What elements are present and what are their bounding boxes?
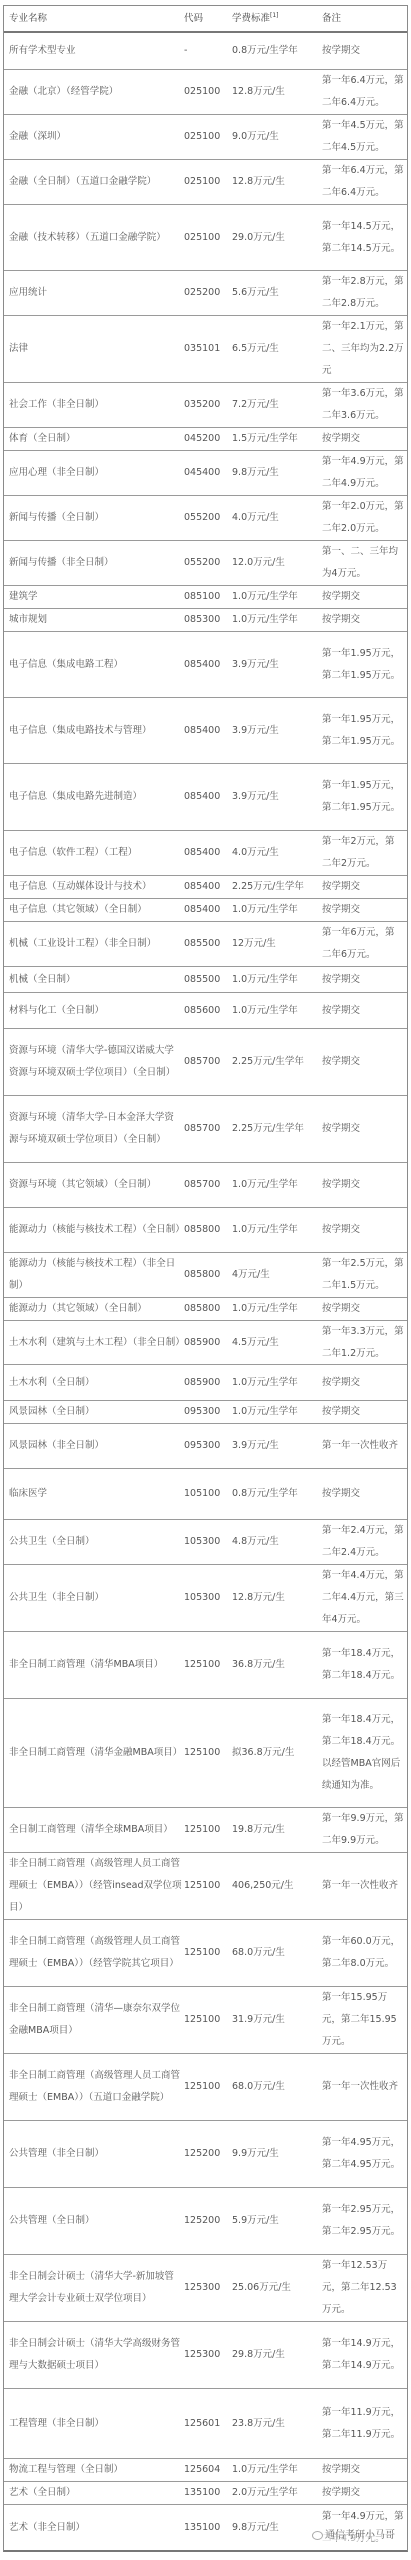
cell-name: 非全日制工商管理（清华—康奈尔双学位金融MBA项目） <box>4 1998 182 2042</box>
cell-code: 105100 <box>182 1483 227 1505</box>
table-row: 土木水利（建筑与土木工程）（非全日制）0859004.5万元/生第一年3.3万元… <box>4 1321 407 1365</box>
cell-fee: 23.8万元/生 <box>227 2413 319 2435</box>
cell-note: 按学期交 <box>319 1401 407 1423</box>
cell-note: 第一年11.9万元，第二年11.9万元。 <box>319 2402 407 2446</box>
cell-note: 第一年9.9万元，第二年9.9万元。 <box>319 1808 407 1852</box>
table-row: 电子信息（集成电路先进制造）0854003.9万元/生第一年1.95万元，第二年… <box>4 764 407 831</box>
cell-code: 055200 <box>182 507 227 529</box>
cell-note: 按学期交 <box>319 2459 407 2481</box>
cell-code: 055200 <box>182 552 227 574</box>
cell-fee: 1.0万元/生学年 <box>227 1401 319 1423</box>
cell-name: 法律 <box>4 338 182 360</box>
tuition-table: 专业名称 代码 学费标准[1] 备注 所有学术型专业-0.8万元/生学年按学期交… <box>3 5 408 2552</box>
cell-name: 非全日制工商管理（清华金融MBA项目） <box>4 1742 182 1764</box>
table-row: 能源动力（核能与核技术工程）（非全日制）0858004万元/生第一年2.5万元，… <box>4 1253 407 1298</box>
cell-name: 土木水利（全日制） <box>4 1372 182 1394</box>
cell-code: 085800 <box>182 1219 227 1241</box>
cell-note: 按学期交 <box>319 586 407 608</box>
header-fee-label: 学费标准 <box>232 13 270 24</box>
cell-name: 体育（全日制） <box>4 428 182 450</box>
table-row: 资源与环境（清华大学-日本金泽大学资源与环境双硕士学位项目）（全日制）08570… <box>4 1096 407 1163</box>
cell-fee: 9.0万元/生 <box>227 126 319 148</box>
table-row: 机械（工业设计工程）（非全日制）08550012万元/生第一年6万元，第二年6万… <box>4 922 407 967</box>
cell-name: 公共管理（全日制） <box>4 2210 182 2232</box>
cell-note: 第一年一次性收齐 <box>319 2076 407 2098</box>
table-row: 非全日制工商管理（清华金融MBA项目）125100拟36.8万元/生第一年18.… <box>4 1699 407 1808</box>
cell-code: 085400 <box>182 876 227 898</box>
cell-note: 第一年18.4万元，第二年18.4万元。以经管MBA官网后续通知为准。 <box>319 1709 407 1797</box>
cell-name: 电子信息（互动媒体设计与技术） <box>4 876 182 898</box>
cell-fee: 4.0万元/生 <box>227 842 319 864</box>
cell-fee: 2.0万元/生学年 <box>227 2482 319 2504</box>
watermark: 通信考研小马哥 <box>310 2526 397 2541</box>
cell-name: 土木水利（建筑与土木工程）（非全日制） <box>4 1332 182 1354</box>
cell-name: 非全日制会计硕士（清华大学-新加坡管理大学会计专业硕士双学位项目） <box>4 2266 182 2310</box>
cell-fee: 25.06万元/生 <box>227 2277 319 2299</box>
table-row: 艺术（全日制）1351002.0万元/生学年按学期交 <box>4 2482 407 2505</box>
cell-name: 机械（工业设计工程）（非全日制） <box>4 933 182 955</box>
cell-fee: 1.0万元/生学年 <box>227 586 319 608</box>
table-row: 新闻与传播（全日制）0552004.0万元/生第一年2.0万元，第二年2.0万元… <box>4 496 407 541</box>
cell-code: 125300 <box>182 2277 227 2299</box>
cell-note: 按学期交 <box>319 1219 407 1241</box>
table-row: 全日制工商管理（清华全球MBA项目）12510019.8万元/生第一年9.9万元… <box>4 1808 407 1853</box>
cell-name: 电子信息（集成电路技术与管理） <box>4 720 182 742</box>
table-row: 电子信息（其它领域）（全日制）0854001.0万元/生学年按学期交 <box>4 899 407 922</box>
cell-code: 085900 <box>182 1332 227 1354</box>
cell-fee: 1.0万元/生学年 <box>227 609 319 631</box>
cell-fee: 12万元/生 <box>227 933 319 955</box>
cell-fee: 2.25万元/生学年 <box>227 1051 319 1073</box>
cell-note: 第一年6万元，第二年6万元。 <box>319 922 407 966</box>
cell-code: 085400 <box>182 654 227 676</box>
table-row: 风景园林（全日制）0953001.0万元/生学年按学期交 <box>4 1401 407 1424</box>
cell-name: 资源与环境（清华大学-德国汉诺威大学资源与环境双硕士学位项目）（全日制） <box>4 1040 182 1084</box>
cell-fee: 2.25万元/生学年 <box>227 876 319 898</box>
cell-code: 125601 <box>182 2413 227 2435</box>
cell-note: 按学期交 <box>319 428 407 450</box>
cell-code: 125100 <box>182 2009 227 2031</box>
cell-code: 025100 <box>182 126 227 148</box>
table-row: 非全日制工商管理（清华MBA项目）12510036.8万元/生第一年18.4万元… <box>4 1632 407 1699</box>
cell-note: 按学期交 <box>319 899 407 921</box>
cell-code: 135100 <box>182 2482 227 2504</box>
cell-code: 125100 <box>182 1742 227 1764</box>
cell-code: 125200 <box>182 2210 227 2232</box>
table-body: 所有学术型专业-0.8万元/生学年按学期交金融（北京）（经管学院）0251001… <box>4 33 407 2550</box>
cell-code: 085700 <box>182 1118 227 1140</box>
cell-fee: 9.8万元/生 <box>227 462 319 484</box>
cell-fee: 9.8万元/生 <box>227 2517 319 2539</box>
cell-code: 125100 <box>182 1819 227 1841</box>
cell-fee: 12.8万元/生 <box>227 1587 319 1609</box>
header-name: 专业名称 <box>4 8 182 30</box>
cell-note: 按学期交 <box>319 1051 407 1073</box>
cell-fee: 3.9万元/生 <box>227 1435 319 1457</box>
cell-code: 025200 <box>182 282 227 304</box>
table-row: 工程管理（非全日制）12560123.8万元/生第一年11.9万元，第二年11.… <box>4 2389 407 2459</box>
table-row: 所有学术型专业-0.8万元/生学年按学期交 <box>4 33 407 70</box>
cell-name: 非全日制工商管理（高级管理人员工商管理硕士（EMBA））（经管insead双学位… <box>4 1853 182 1919</box>
cell-code: 085400 <box>182 842 227 864</box>
table-row: 资源与环境（其它领域）（全日制）0857001.0万元/生学年按学期交 <box>4 1163 407 1208</box>
cell-fee: 5.9万元/生 <box>227 2210 319 2232</box>
table-row: 机械（全日制）0855001.0万元/生学年按学期交 <box>4 967 407 993</box>
cell-name: 金融（全日制）（五道口金融学院） <box>4 171 182 193</box>
cell-note: 第一年15.95万元，第二年15.95万元。 <box>319 1987 407 2053</box>
cell-fee: 拟36.8万元/生 <box>227 1742 319 1764</box>
cell-code: 085300 <box>182 609 227 631</box>
cell-note: 第一年2.95万元，第二年2.95万元。 <box>319 2199 407 2243</box>
cell-code: 045400 <box>182 462 227 484</box>
table-row: 材料与化工（全日制）0856001.0万元/生学年按学期交 <box>4 993 407 1029</box>
cell-note: 第一年一次性收齐 <box>319 1875 407 1897</box>
table-row: 公共管理（全日制）1252005.9万元/生第一年2.95万元，第二年2.95万… <box>4 2188 407 2255</box>
cell-name: 风景园林（全日制） <box>4 1401 182 1423</box>
cell-fee: 3.9万元/生 <box>227 720 319 742</box>
cell-note: 第一年2万元，第二年2万元。 <box>319 831 407 875</box>
cell-code: 125100 <box>182 1654 227 1676</box>
table-row: 资源与环境（清华大学-德国汉诺威大学资源与环境双硕士学位项目）（全日制）0857… <box>4 1029 407 1096</box>
footnote-ref-link[interactable]: [1] <box>270 11 279 18</box>
table-row: 公共卫生（全日制）1053004.8万元/生第一年2.4万元，第二年2.4万元。 <box>4 1520 407 1565</box>
cell-fee: 1.0万元/生学年 <box>227 1174 319 1196</box>
cell-name: 非全日制工商管理（高级管理人员工商管理硕士（EMBA））（五道口金融学院） <box>4 2065 182 2109</box>
table-row: 能源动力（其它领域）（全日制）0858001.0万元/生学年按学期交 <box>4 1298 407 1321</box>
cell-fee: 12.0万元/生 <box>227 552 319 574</box>
table-row: 法律0351016.5万元/生第一年2.1万元，第二、三年均为2.2万元 <box>4 316 407 383</box>
cell-code: 035101 <box>182 338 227 360</box>
cell-fee: 406,250元/生 <box>227 1875 319 1897</box>
table-row: 电子信息（集成电路技术与管理）0854003.9万元/生第一年1.95万元，第二… <box>4 698 407 764</box>
cell-fee: 1.0万元/生学年 <box>227 1298 319 1320</box>
table-row: 能源动力（核能与核技术工程）（全日制）0858001.0万元/生学年按学期交 <box>4 1208 407 1253</box>
cell-fee: 29.8万元/生 <box>227 2344 319 2366</box>
cell-code: 105300 <box>182 1531 227 1553</box>
table-row: 非全日制工商管理（高级管理人员工商管理硕士（EMBA））（经管学院其它项目）12… <box>4 1920 407 1987</box>
cell-fee: 6.5万元/生 <box>227 338 319 360</box>
table-row: 电子信息（集成电路工程）0854003.9万元/生第一年1.95万元，第二年1.… <box>4 632 407 698</box>
cell-name: 城市规划 <box>4 609 182 631</box>
table-row: 城市规划0853001.0万元/生学年按学期交 <box>4 609 407 632</box>
cell-code: 125300 <box>182 2344 227 2366</box>
cell-note: 第一年2.4万元，第二年2.4万元。 <box>319 1520 407 1564</box>
cell-code: 025100 <box>182 171 227 193</box>
table-row: 社会工作（非全日制）0352007.2万元/生第一年3.6万元，第二年3.6万元… <box>4 383 407 428</box>
cell-fee: 0.8万元/生学年 <box>227 40 319 62</box>
cell-fee: 5.6万元/生 <box>227 282 319 304</box>
header-code: 代码 <box>182 8 227 30</box>
cell-fee: 7.2万元/生 <box>227 394 319 416</box>
cell-note: 第一年2.8万元，第二年2.8万元。 <box>319 271 407 315</box>
cell-name: 能源动力（核能与核技术工程）（非全日制） <box>4 1253 182 1297</box>
cell-fee: 31.9万元/生 <box>227 2009 319 2031</box>
table-row: 金融（全日制）（五道口金融学院）02510012.8万元/生第一年6.4万元，第… <box>4 160 407 205</box>
cell-fee: 1.0万元/生学年 <box>227 1372 319 1394</box>
cell-note: 第一、二、三年均为4万元。 <box>319 541 407 585</box>
cell-fee: 19.8万元/生 <box>227 1819 319 1841</box>
cell-fee: 1.0万元/生学年 <box>227 1219 319 1241</box>
cell-code: 135100 <box>182 2517 227 2539</box>
cell-code: 085800 <box>182 1264 227 1286</box>
table-header: 专业名称 代码 学费标准[1] 备注 <box>4 6 407 33</box>
table-row: 金融（北京）（经管学院）02510012.8万元/生第一年6.4万元，第二年6.… <box>4 70 407 115</box>
cell-code: 025100 <box>182 227 227 249</box>
cell-code: 125100 <box>182 1942 227 1964</box>
table-row: 公共管理（非全日制）1252009.9万元/生第一年4.95万元，第二年4.95… <box>4 2121 407 2188</box>
header-fee: 学费标准[1] <box>227 8 319 30</box>
wechat-icon <box>312 2531 323 2540</box>
cell-note: 第一年1.95万元，第二年1.95万元。 <box>319 775 407 819</box>
cell-code: 085400 <box>182 720 227 742</box>
cell-name: 公共管理（非全日制） <box>4 2143 182 2165</box>
cell-code: 085500 <box>182 969 227 991</box>
table-row: 非全日制工商管理（高级管理人员工商管理硕士（EMBA））（五道口金融学院）125… <box>4 2054 407 2121</box>
cell-code: - <box>182 40 227 62</box>
cell-code: 035200 <box>182 394 227 416</box>
cell-name: 所有学术型专业 <box>4 40 182 62</box>
cell-fee: 12.8万元/生 <box>227 171 319 193</box>
cell-name: 电子信息（其它领域）（全日制） <box>4 899 182 921</box>
cell-note: 第一年3.3万元，第二年1.2万元。 <box>319 1321 407 1365</box>
cell-note: 第一年6.4万元，第二年6.4万元。 <box>319 70 407 114</box>
table-row: 非全日制工商管理（高级管理人员工商管理硕士（EMBA））（经管insead双学位… <box>4 1853 407 1920</box>
cell-fee: 1.0万元/生学年 <box>227 2459 319 2481</box>
cell-fee: 1.0万元/生学年 <box>227 969 319 991</box>
cell-name: 资源与环境（其它领域）（全日制） <box>4 1174 182 1196</box>
table-row: 应用统计0252005.6万元/生第一年2.8万元，第二年2.8万元。 <box>4 271 407 316</box>
cell-name: 新闻与传播（非全日制） <box>4 552 182 574</box>
cell-code: 085900 <box>182 1372 227 1394</box>
cell-code: 085800 <box>182 1298 227 1320</box>
cell-name: 应用统计 <box>4 282 182 304</box>
cell-code: 125604 <box>182 2459 227 2481</box>
table-row: 临床医学1051000.8万元/生学年按学期交 <box>4 1469 407 1520</box>
cell-note: 第一年14.5万元，第二年14.5万元。 <box>319 216 407 260</box>
cell-name: 金融（技术转移）（五道口金融学院） <box>4 227 182 249</box>
cell-note: 第一年一次性收齐 <box>319 1435 407 1457</box>
cell-code: 125200 <box>182 2143 227 2165</box>
cell-name: 临床医学 <box>4 1483 182 1505</box>
cell-name: 公共卫生（全日制） <box>4 1531 182 1553</box>
cell-note: 按学期交 <box>319 609 407 631</box>
cell-name: 新闻与传播（全日制） <box>4 507 182 529</box>
cell-note: 第一年2.1万元，第二、三年均为2.2万元 <box>319 316 407 382</box>
cell-name: 艺术（非全日制） <box>4 2517 182 2539</box>
table-row: 土木水利（全日制）0859001.0万元/生学年按学期交 <box>4 1365 407 1401</box>
table-row: 电子信息（软件工程）（工程）0854004.0万元/生第一年2万元，第二年2万元… <box>4 831 407 876</box>
cell-fee: 2.25万元/生学年 <box>227 1118 319 1140</box>
cell-name: 电子信息（集成电路先进制造） <box>4 786 182 808</box>
cell-code: 085400 <box>182 786 227 808</box>
cell-name: 风景园林（非全日制） <box>4 1435 182 1457</box>
cell-note: 按学期交 <box>319 1298 407 1320</box>
cell-fee: 3.9万元/生 <box>227 786 319 808</box>
cell-note: 按学期交 <box>319 1174 407 1196</box>
cell-name: 机械（全日制） <box>4 969 182 991</box>
cell-note: 第一年2.0万元，第二年2.0万元。 <box>319 496 407 540</box>
cell-note: 第一年1.95万元，第二年1.95万元。 <box>319 709 407 753</box>
table-row: 金融（技术转移）（五道口金融学院）02510029.0万元/生第一年14.5万元… <box>4 205 407 271</box>
cell-fee: 3.9万元/生 <box>227 654 319 676</box>
cell-fee: 4.5万元/生 <box>227 1332 319 1354</box>
table-row: 建筑学0851001.0万元/生学年按学期交 <box>4 586 407 609</box>
cell-fee: 1.0万元/生学年 <box>227 899 319 921</box>
table-row: 体育（全日制）0452001.5万元/生学年按学期交 <box>4 428 407 451</box>
cell-note: 第一年4.9万元，第二年4.9万元。 <box>319 451 407 495</box>
cell-note: 第一年18.4万元，第二年18.4万元。 <box>319 1643 407 1687</box>
cell-code: 105300 <box>182 1587 227 1609</box>
cell-note: 按学期交 <box>319 40 407 62</box>
cell-code: 045200 <box>182 428 227 450</box>
cell-fee: 0.8万元/生学年 <box>227 1483 319 1505</box>
cell-name: 非全日制工商管理（清华MBA项目） <box>4 1654 182 1676</box>
table-row: 非全日制会计硕士（清华大学-新加坡管理大学会计专业硕士双学位项目）1253002… <box>4 2255 407 2322</box>
cell-code: 085500 <box>182 933 227 955</box>
watermark-text: 通信考研小马哥 <box>325 2530 395 2541</box>
cell-name: 非全日制会计硕士（清华大学高级财务管理与大数据硕士项目） <box>4 2333 182 2377</box>
cell-code: 085700 <box>182 1051 227 1073</box>
table-row: 公共卫生（非全日制）10530012.8万元/生第一年4.4万元，第二年4.4万… <box>4 1565 407 1632</box>
cell-code: 085100 <box>182 586 227 608</box>
cell-note: 第一年60.0万元，第二年8.0万元。 <box>319 1931 407 1975</box>
cell-fee: 29.0万元/生 <box>227 227 319 249</box>
cell-name: 物流工程与管理（全日制） <box>4 2459 182 2481</box>
cell-fee: 68.0万元/生 <box>227 2076 319 2098</box>
cell-name: 社会工作（非全日制） <box>4 394 182 416</box>
cell-name: 金融（北京）（经管学院） <box>4 81 182 103</box>
cell-name: 资源与环境（清华大学-日本金泽大学资源与环境双硕士学位项目）（全日制） <box>4 1107 182 1151</box>
cell-note: 按学期交 <box>319 1118 407 1140</box>
cell-name: 艺术（全日制） <box>4 2482 182 2504</box>
header-note: 备注 <box>319 8 407 30</box>
cell-code: 125100 <box>182 1875 227 1897</box>
cell-code: 095300 <box>182 1401 227 1423</box>
cell-name: 金融（深圳） <box>4 126 182 148</box>
cell-name: 电子信息（集成电路工程） <box>4 654 182 676</box>
cell-note: 第一年3.6万元，第二年3.6万元。 <box>319 383 407 427</box>
table-row: 电子信息（互动媒体设计与技术）0854002.25万元/生学年按学期交 <box>4 876 407 899</box>
cell-name: 材料与化工（全日制） <box>4 1000 182 1022</box>
cell-fee: 9.9万元/生 <box>227 2143 319 2165</box>
cell-name: 能源动力（其它领域）（全日制） <box>4 1298 182 1320</box>
cell-name: 应用心理（非全日制） <box>4 462 182 484</box>
cell-name: 工程管理（非全日制） <box>4 2413 182 2435</box>
cell-name: 电子信息（软件工程）（工程） <box>4 842 182 864</box>
cell-note: 第一年12.53万元，第二年12.53万元。 <box>319 2255 407 2321</box>
cell-note: 第一年1.95万元，第二年1.95万元。 <box>319 643 407 687</box>
cell-fee: 1.0万元/生学年 <box>227 1000 319 1022</box>
table-row: 非全日制工商管理（清华—康奈尔双学位金融MBA项目）12510031.9万元/生… <box>4 1987 407 2054</box>
cell-code: 095300 <box>182 1435 227 1457</box>
table-row: 应用心理（非全日制）0454009.8万元/生第一年4.9万元，第二年4.9万元… <box>4 451 407 496</box>
cell-name: 全日制工商管理（清华全球MBA项目） <box>4 1819 182 1841</box>
cell-fee: 36.8万元/生 <box>227 1654 319 1676</box>
cell-name: 能源动力（核能与核技术工程）（全日制） <box>4 1219 182 1241</box>
cell-note: 第一年2.5万元，第二年1.5万元。 <box>319 1253 407 1297</box>
cell-code: 085400 <box>182 899 227 921</box>
cell-note: 第一年4.5万元，第二年4.5万元。 <box>319 115 407 159</box>
cell-code: 025100 <box>182 81 227 103</box>
table-row: 新闻与传播（非全日制）05520012.0万元/生第一、二、三年均为4万元。 <box>4 541 407 586</box>
cell-note: 第一年6.4万元，第二年6.4万元。 <box>319 160 407 204</box>
table-row: 非全日制会计硕士（清华大学高级财务管理与大数据硕士项目）12530029.8万元… <box>4 2322 407 2389</box>
table-row: 风景园林（非全日制）0953003.9万元/生第一年一次性收齐 <box>4 1424 407 1469</box>
cell-note: 按学期交 <box>319 1000 407 1022</box>
cell-fee: 68.0万元/生 <box>227 1942 319 1964</box>
table-row: 物流工程与管理（全日制）1256041.0万元/生学年按学期交 <box>4 2459 407 2482</box>
cell-note: 按学期交 <box>319 1372 407 1394</box>
cell-note: 按学期交 <box>319 2482 407 2504</box>
cell-code: 085700 <box>182 1174 227 1196</box>
cell-note: 按学期交 <box>319 1483 407 1505</box>
cell-name: 公共卫生（非全日制） <box>4 1587 182 1609</box>
cell-name: 建筑学 <box>4 586 182 608</box>
table-row: 金融（深圳）0251009.0万元/生第一年4.5万元，第二年4.5万元。 <box>4 115 407 160</box>
cell-note: 第一年4.4万元，第二年4.4万元，第三年4万元。 <box>319 1565 407 1631</box>
cell-code: 125100 <box>182 2076 227 2098</box>
cell-fee: 12.8万元/生 <box>227 81 319 103</box>
cell-note: 按学期交 <box>319 876 407 898</box>
cell-note: 第一年4.95万元，第二年4.95万元。 <box>319 2132 407 2176</box>
cell-code: 085600 <box>182 1000 227 1022</box>
cell-fee: 4万元/生 <box>227 1264 319 1286</box>
cell-note: 第一年14.9万元，第二年14.9万元。 <box>319 2333 407 2377</box>
cell-name: 非全日制工商管理（高级管理人员工商管理硕士（EMBA））（经管学院其它项目） <box>4 1931 182 1975</box>
cell-note: 按学期交 <box>319 969 407 991</box>
cell-fee: 1.5万元/生学年 <box>227 428 319 450</box>
cell-fee: 4.8万元/生 <box>227 1531 319 1553</box>
cell-fee: 4.0万元/生 <box>227 507 319 529</box>
